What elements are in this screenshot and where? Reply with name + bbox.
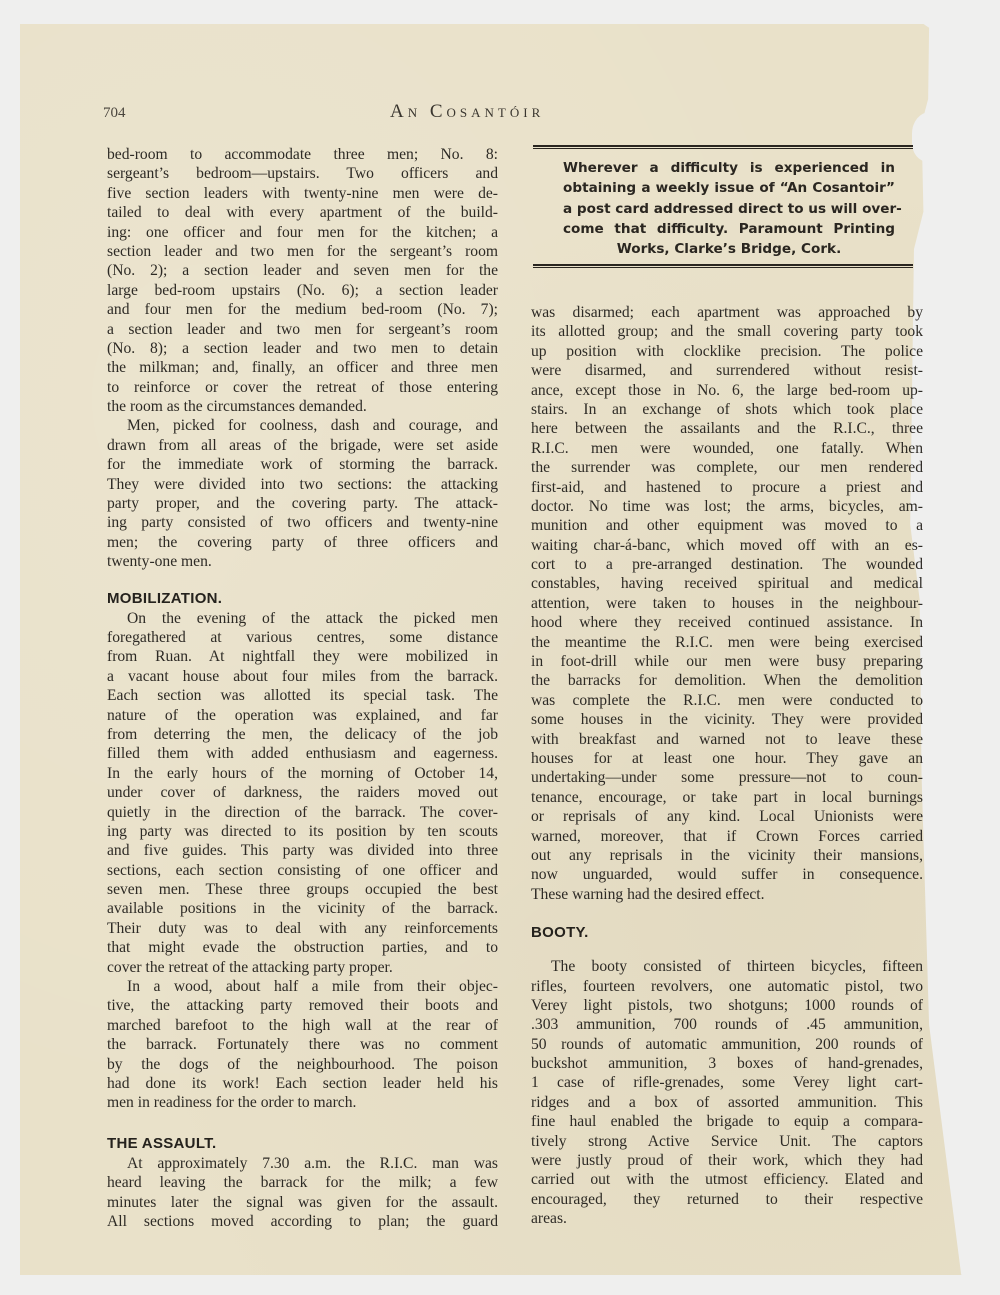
paragraph-line: was disarmed; each apartment was approac… <box>531 303 923 322</box>
paragraph-line: They were divided into two sections: the… <box>107 475 498 494</box>
paragraph-line: minutes later the signal was given for t… <box>107 1193 498 1212</box>
paragraph-line: ing party was directed to its position b… <box>107 822 498 841</box>
notice-bottom-rule <box>533 264 913 268</box>
paragraph-line: R.I.C. men were wounded, one fatally. Wh… <box>531 439 923 458</box>
paragraph-line: undertaking—under some pressure—not to c… <box>531 768 923 787</box>
paragraph-line: that might evade the obstruction parties… <box>107 938 498 957</box>
paragraph-line: out any reprisals in the vicinity their … <box>531 846 923 865</box>
paragraph-line: stairs. In an exchange of shots which to… <box>531 400 923 419</box>
paragraph-line: quietly in the direction of the barrack.… <box>107 803 498 822</box>
paragraph-line: rifles, fourteen revolvers, one automati… <box>531 977 923 996</box>
paragraph-line: a section leader and two men for sergean… <box>107 320 498 339</box>
paragraph-line: under cover of darkness, the raiders mov… <box>107 783 498 802</box>
paragraph-line: seven men. These three groups occupied t… <box>107 880 498 899</box>
paragraph-line: At approximately 7.30 a.m. the R.I.C. ma… <box>107 1154 498 1173</box>
paragraph-line: hood where they received continued assis… <box>531 613 923 632</box>
paragraph-line: the surrender was complete, our men rend… <box>531 458 923 477</box>
paragraph-line: the barracks for demolition. When the de… <box>531 671 923 690</box>
notice-line: come that difficulty. Paramount Printing <box>563 219 895 239</box>
paragraph-line: ridges and a box of assorted ammunition.… <box>531 1093 923 1112</box>
section-heading-booty: BOOTY. <box>531 924 923 941</box>
paragraph-line: drawn from all areas of the brigade, wer… <box>107 436 498 455</box>
notice-text: Wherever a difficulty is experienced ino… <box>563 158 895 259</box>
right-column: was disarmed; each apartment was approac… <box>531 303 923 1229</box>
paragraph-line: filled them with added enthusiasm and ea… <box>107 744 498 763</box>
paragraph-line: 50 rounds of automatic ammunition, 200 r… <box>531 1035 923 1054</box>
running-head: An Cosantóir <box>390 101 544 123</box>
paragraph-line: cover the retreat of the attacking party… <box>107 958 498 977</box>
paragraph-line: bed-room to accommodate three men; No. 8… <box>107 145 498 164</box>
paragraph-line: its allotted group; and the small coveri… <box>531 322 923 341</box>
paragraph-line: first-aid, and hastened to procure a pri… <box>531 478 923 497</box>
paragraph-line: encouraged, they returned to their respe… <box>531 1190 923 1209</box>
paragraph-line: ance, except those in No. 6, the large b… <box>531 381 923 400</box>
paragraph-line: ing party consisted of two officers and … <box>107 513 498 532</box>
page-number: 704 <box>103 105 126 122</box>
paragraph-line: The booty consisted of thirteen bicycles… <box>531 957 923 976</box>
paragraph-line: section leader and two men for the serge… <box>107 242 498 261</box>
paragraph-line: and four men for the medium bed-room (No… <box>107 300 498 319</box>
paragraph-line: party proper, and the covering party. Th… <box>107 494 498 513</box>
paragraph-line: attention, were taken to houses in the n… <box>531 594 923 613</box>
paragraph-line: twenty-one men. <box>107 552 498 571</box>
paragraph-line: the milkman; and, finally, an officer an… <box>107 358 498 377</box>
paragraph-line: to reinforce or cover the retreat of tho… <box>107 378 498 397</box>
paragraph-line: five section leaders with twenty-nine me… <box>107 184 498 203</box>
section-heading-assault: THE ASSAULT. <box>107 1135 498 1152</box>
paragraph-line: tive, the attacking party removed their … <box>107 996 498 1015</box>
notice-line: Wherever a difficulty is experienced in <box>563 158 895 178</box>
paragraph-line: All sections moved according to plan; th… <box>107 1212 498 1231</box>
paragraph-line: heard leaving the barrack for the milk; … <box>107 1173 498 1192</box>
paragraph-line: 1 case of rifle-grenades, some Verey lig… <box>531 1073 923 1092</box>
paragraph-line: foregathered at various centres, some di… <box>107 628 498 647</box>
paragraph-line: ing: one officer and four men for the ki… <box>107 223 498 242</box>
paragraph-line: carried out with the utmost efficiency. … <box>531 1170 923 1189</box>
paragraph-line: marched barefoot to the high wall at the… <box>107 1016 498 1035</box>
paragraph-line: a vacant house about four miles from the… <box>107 667 498 686</box>
paragraph-line: warned, moreover, that if Crown Forces c… <box>531 827 923 846</box>
paragraph-line: now unguarded, would suffer in consequen… <box>531 865 923 884</box>
paragraph-line: In a wood, about half a mile from their … <box>107 977 498 996</box>
paragraph-line: tailed to deal with every apartment of t… <box>107 203 498 222</box>
paragraph-line: men in readiness for the order to march. <box>107 1093 498 1112</box>
notice-line: obtaining a weekly issue of “An Cosantoi… <box>563 178 895 198</box>
paragraph-line: men; the covering party of three officer… <box>107 533 498 552</box>
paragraph-line: Their duty was to deal with any reinforc… <box>107 919 498 938</box>
paragraph-line: buckshot ammunition, 3 boxes of hand-gre… <box>531 1054 923 1073</box>
notice-box: Wherever a difficulty is experienced ino… <box>533 145 928 270</box>
paragraph-line: the room as the circumstances demanded. <box>107 397 498 416</box>
section-heading-mobilization: MOBILIZATION. <box>107 590 498 607</box>
paragraph-line: here between the assailants and the R.I.… <box>531 419 923 438</box>
paragraph-line: On the evening of the attack the picked … <box>107 609 498 628</box>
paragraph-line: Verey light pistols, two shotguns; 1000 … <box>531 996 923 1015</box>
paragraph-line: Each section was allotted its special ta… <box>107 686 498 705</box>
paragraph-line: sergeant’s bedroom—upstairs. Two officer… <box>107 164 498 183</box>
paragraph-line: tenance, encourage, or take part in loca… <box>531 788 923 807</box>
paragraph-line: .303 ammunition, 700 rounds of .45 ammun… <box>531 1015 923 1034</box>
paragraph-line: were disarmed, and surrendered without r… <box>531 361 923 380</box>
paragraph-line: tively strong Active Service Unit. The c… <box>531 1132 923 1151</box>
paragraph-line: (No. 8); a section leader and two men to… <box>107 339 498 358</box>
paragraph-line: the meantime the R.I.C. men were being e… <box>531 633 923 652</box>
paragraph-line: from deterring the men, the delicacy of … <box>107 725 498 744</box>
paragraph-line: by the dogs of the neighbourhood. The po… <box>107 1055 498 1074</box>
paragraph-line: available positions in the vicinity of t… <box>107 899 498 918</box>
paragraph-line: nature of the operation was explained, a… <box>107 706 498 725</box>
paragraph-line: or reprisals of any kind. Local Unionist… <box>531 807 923 826</box>
paragraph-line: constables, having received spiritual an… <box>531 574 923 593</box>
paragraph-line: large bed-room upstairs (No. 6); a secti… <box>107 281 498 300</box>
paragraph-line: houses for at least one hour. They gave … <box>531 749 923 768</box>
paragraph-line: and five guides. This party was divided … <box>107 841 498 860</box>
paragraph-line: had done its work! Each section leader h… <box>107 1074 498 1093</box>
paragraph-line: with breakfast and warned not to leave t… <box>531 730 923 749</box>
paragraph-line: In the early hours of the morning of Oct… <box>107 764 498 783</box>
paragraph-line: the barrack. Fortunately there was no co… <box>107 1035 498 1054</box>
notice-top-rule <box>533 145 913 149</box>
paragraph-line: munition and other equipment was moved t… <box>531 516 923 535</box>
paragraph-line: was complete the R.I.C. men were conduct… <box>531 691 923 710</box>
notice-line: Works, Clarke’s Bridge, Cork. <box>563 239 895 259</box>
paragraph-line: fine haul enabled the brigade to equip a… <box>531 1112 923 1131</box>
paragraph-line: sections, each section consisting of one… <box>107 861 498 880</box>
paragraph-line: Men, picked for coolness, dash and coura… <box>107 416 498 435</box>
notice-line: a post card addressed direct to us will … <box>563 199 895 219</box>
paragraph-line: areas. <box>531 1209 923 1228</box>
paragraph-line: waiting char-á-banc, which moved off wit… <box>531 536 923 555</box>
paragraph-line: (No. 2); a section leader and seven men … <box>107 261 498 280</box>
paragraph-line: in foot-drill while our men were busy pr… <box>531 652 923 671</box>
paragraph-line: for the immediate work of storming the b… <box>107 455 498 474</box>
paragraph-line: cort to a pre-arranged destination. The … <box>531 555 923 574</box>
paragraph-line: doctor. No time was lost; the arms, bicy… <box>531 497 923 516</box>
paragraph-line: were justly proud of their work, which t… <box>531 1151 923 1170</box>
paragraph-line: These warning had the desired effect. <box>531 885 923 904</box>
paragraph-line: from Ruan. At nightfall they were mobili… <box>107 647 498 666</box>
left-column: bed-room to accommodate three men; No. 8… <box>107 145 498 1231</box>
paragraph-line: up position with clocklike precision. Th… <box>531 342 923 361</box>
paragraph-line: some houses in the vicinity. They were p… <box>531 710 923 729</box>
